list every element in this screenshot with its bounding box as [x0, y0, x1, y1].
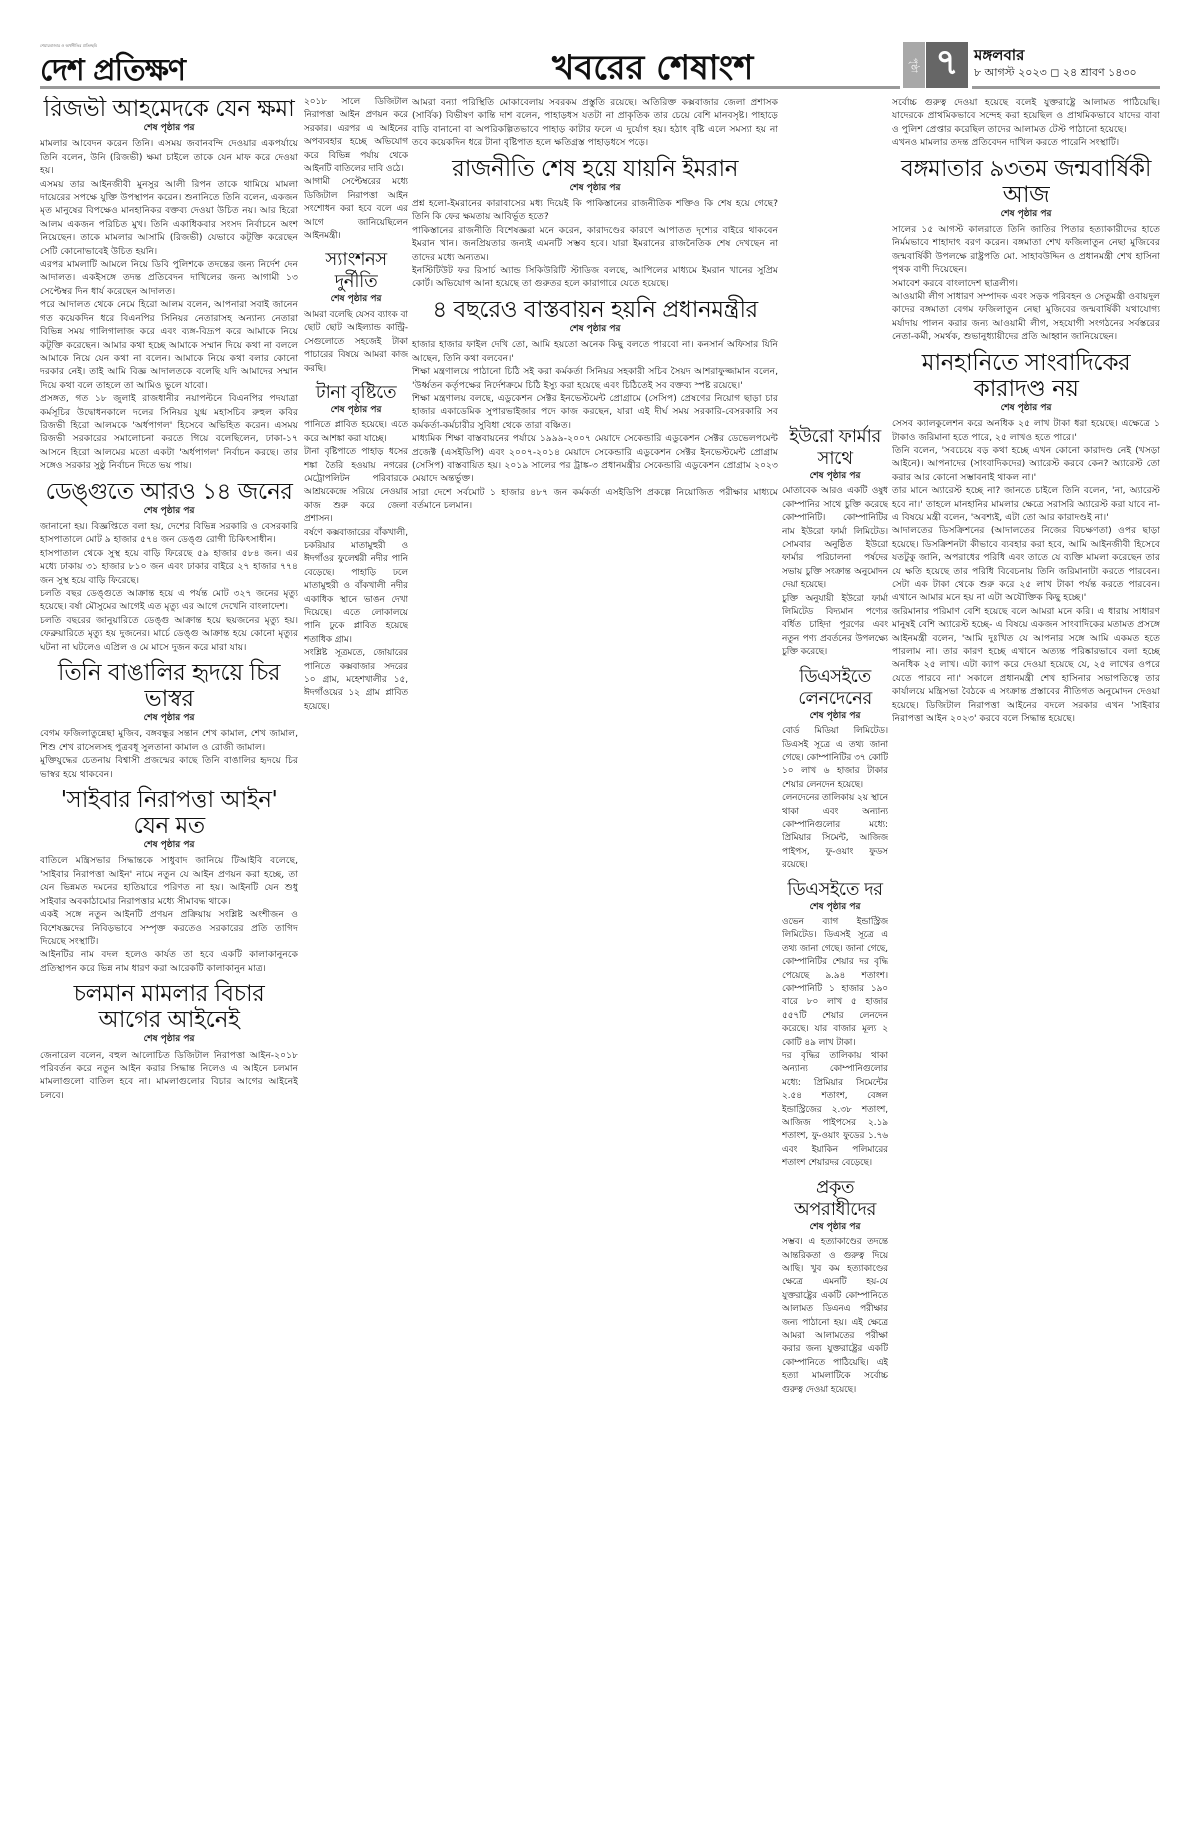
paragraph: আইনটির নাম বদল হলেও কার্যত তা হবে একটি ক…: [40, 948, 298, 975]
paragraph: বর্ষণে কক্সবাজারের বাঁকখালী, চকরিয়ার মা…: [304, 527, 408, 648]
paragraph: টানা বৃষ্টিপাতে পাহাড় ধসের শঙ্কা তৈরি হ…: [304, 446, 408, 526]
paragraph: মুক্তিযুদ্ধের চেতনায় বিশ্বাসী প্রজন্মের…: [40, 754, 298, 781]
paragraph: আওয়ামী লীগ সাধারণ সম্পাদক এবং সড়ক পরিব…: [892, 290, 1160, 344]
paragraph: এরপর মামলাটি আমলে নিয়ে ডিবি পুলিশকে তদন…: [40, 258, 298, 298]
paragraph: বাতিলে মন্ত্রিসভার সিদ্ধান্তকে সাধুবাদ জ…: [40, 854, 298, 908]
paragraph: মোতাবেক আরও একটি ওষুধ কোম্পানির সাথে চুক…: [782, 485, 888, 592]
newspaper-logo[interactable]: দেশ প্রতিক্ষণ: [40, 46, 185, 97]
headline[interactable]: 'সাইবার নিরাপত্তা আইন' যেন মত: [40, 787, 298, 839]
paragraph: আমরা বন্যা পরিস্থিতি মোকাবেলায় সবরকম প্…: [412, 96, 778, 150]
headline[interactable]: প্রকৃত অপরাধীদের: [782, 1177, 888, 1221]
paragraph: আগামী সেপ্টেম্বরের মধ্যে ডিজিটাল নিরাপত্…: [304, 176, 408, 243]
continued-label: শেষ পৃষ্ঠার পর: [782, 710, 888, 723]
headline[interactable]: তিনি বাঙালির হৃদয়ে চির ভাস্বর: [40, 660, 298, 712]
headline[interactable]: রিজভী আহমেদকে যেন ক্ষমা: [40, 96, 298, 122]
section-title: খবরের শেষাংশ: [552, 42, 753, 99]
page-label: পৃষ্ঠা: [903, 42, 925, 88]
continued-label: শেষ পৃষ্ঠার পর: [782, 470, 888, 483]
header-rule-left: [40, 86, 900, 89]
paragraph: জরিমানার পরিমাণ বেশি হয়েছে বলে আমরা মনে…: [892, 605, 1160, 726]
paragraph: এখনও মামলার তদন্ত প্রতিবেদন দাখিল করতে প…: [892, 136, 1160, 149]
header-rule-right: [972, 86, 1160, 89]
paragraph: মামলার আবেদন করেন তিনি। এসময় জবানবন্দি …: [40, 137, 298, 177]
paragraph: ইনস্টিটিউট ফর রিসার্চ অ্যান্ড সিকিউরিটি …: [412, 264, 778, 291]
continued-label: শেষ পৃষ্ঠার পর: [782, 1221, 888, 1234]
continued-label: শেষ পৃষ্ঠার পর: [40, 712, 298, 725]
masthead: শেয়ারবাজার ও অর্থনীতির প্রতিচ্ছবি দেশ প…: [40, 36, 1160, 90]
article-bangalir-hridoy: তিনি বাঙালির হৃদয়ে চির ভাস্বর শেষ পৃষ্ঠ…: [40, 660, 298, 781]
headline[interactable]: মানহানিতে সাংবাদিকের কারাদণ্ড নয়: [892, 350, 1160, 402]
page-number: ৭: [926, 42, 968, 88]
headline[interactable]: ইউরো ফার্মার সাথে: [782, 426, 888, 470]
paragraph: সর্বোচ্চ গুরুত্ব দেওয়া হয়েছে বলেই যুক্…: [892, 96, 1160, 136]
paragraph: ২০১৮ সালে ডিজিটাল নিরাপত্তা আইন প্রণয়ন …: [304, 96, 408, 176]
article-dengue: ডেঙ্গুতে আরও ১৪ জনের শেষ পৃষ্ঠার পর জানা…: [40, 479, 298, 654]
paragraph: শিক্ষা মন্ত্রণালয় বলছে, এডুকেশন সেক্টর …: [412, 392, 778, 432]
paragraph: এসময় তার আইনজীবী মুনসুর আলী রিপন তাকে থ…: [40, 178, 298, 258]
paragraph: পাকিস্তানের রাজনীতি বিশেষজ্ঞরা মনে করেন,…: [412, 224, 778, 264]
paragraph: পরে আদালত থেকে নেমে হিরো আলম বলেন, আপনার…: [40, 298, 298, 392]
article-rain: টানা বৃষ্টিতে শেষ পৃষ্ঠার পর পানিতে প্লা…: [304, 382, 408, 714]
paragraph: শিক্ষা মন্ত্রণালয়ে পাঠানো চিঠি সই করা ক…: [412, 365, 778, 392]
paragraph: লেনদেনের তালিকায় ২য় স্থানে থাকা এবং অন…: [782, 792, 888, 872]
paragraph: ওভেন ব্যাগ ইন্ডাস্ট্রিজ লিমিটেড। ডিএসই স…: [782, 916, 888, 1050]
article-euro-pharma: ইউরো ফার্মার সাথে শেষ পৃষ্ঠার পর মোতাবেক…: [782, 426, 888, 660]
paragraph: চুক্তি অনুযায়ী ইউরো ফার্মা লিমিটেড বিদ্…: [782, 593, 888, 660]
headline[interactable]: ডেঙ্গুতে আরও ১৪ জনের: [40, 479, 298, 505]
article-pm-4-years: ৪ বছরেও বাস্তবায়ন হয়নি প্রধানমন্ত্রীর …: [412, 297, 778, 513]
paragraph: একই সঙ্গে নতুন আইনটি প্রণয়ন প্রক্রিয়ায…: [40, 908, 298, 948]
paragraph: হাজার হাজার ফাইল দেখি তো, আমি হয়তো অনেক…: [412, 338, 778, 365]
article-dse-price: ডিএসইতে দর শেষ পৃষ্ঠার পর ওভেন ব্যাগ ইন্…: [782, 879, 888, 1171]
paragraph: সংশ্লিষ্ট সূত্রমতে, জোয়ারের পানিতে কক্স…: [304, 647, 408, 714]
headline[interactable]: ডিএসইতে লেনদেনের: [782, 666, 888, 710]
paragraph: প্রসঙ্গত, গত ১৮ জুলাই রাজধানীর নয়াপল্টন…: [40, 392, 298, 472]
article-defamation: মানহানিতে সাংবাদিকের কারাদণ্ড নয় শেষ পৃ…: [892, 350, 1160, 726]
continued-label: শেষ পৃষ্ঠার পর: [40, 122, 298, 135]
continued-label: শেষ পৃষ্ঠার পর: [412, 182, 778, 195]
continued-label: শেষ পৃষ্ঠার পর: [40, 505, 298, 518]
paragraph: তার মানে অ্যারেস্ট হচ্ছে না? জানতে চাইলে…: [892, 484, 1160, 524]
paragraph: দর বৃদ্ধির তালিকায় থাকা অন্যান্য কোম্পা…: [782, 1050, 888, 1171]
paragraph: মাধ্যমিক শিক্ষা বাস্তবায়নের পর্যায়ে ১৯…: [412, 432, 778, 486]
article-rizvi: রিজভী আহমেদকে যেন ক্ষমা শেষ পৃষ্ঠার পর ম…: [40, 96, 298, 473]
article-sanctions: ২০১৮ সালে ডিজিটাল নিরাপত্তা আইন প্রণয়ন …: [304, 96, 408, 376]
continued-label: শেষ পৃষ্ঠার পর: [892, 208, 1160, 221]
headline[interactable]: টানা বৃষ্টিতে: [304, 382, 408, 404]
continued-label: শেষ পৃষ্ঠার পর: [782, 901, 888, 914]
article-cyber-security-act: 'সাইবার নিরাপত্তা আইন' যেন মত শেষ পৃষ্ঠা…: [40, 787, 298, 975]
paragraph: চলতি বছরের জানুয়ারিতে ডেঙ্গু আক্রান্ত হ…: [40, 614, 298, 654]
publication-date: ৮ আগস্ট ২০২৩ ◻ ২৪ শ্রাবণ ১৪৩০: [974, 64, 1137, 83]
paragraph: সালের ১৫ আগস্ট কালরাতে তিনি জাতির পিতার …: [892, 223, 1160, 277]
paragraph: পানিতে প্লাবিত হয়েছে। এতে করে আশঙ্কা কর…: [304, 419, 408, 446]
continued-label: শেষ পৃষ্ঠার পর: [892, 402, 1160, 415]
paragraph: সম্ভব। এ হত্যাকাণ্ডের তদন্তে আন্তরিকতা ও…: [782, 1236, 888, 1397]
article-real-criminals: প্রকৃত অপরাধীদের শেষ পৃষ্ঠার পর সম্ভব। এ…: [782, 1177, 888, 1397]
headline[interactable]: রাজনীতি শেষ হয়ে যায়নি ইমরান: [412, 156, 778, 182]
column-3: আমরা বন্যা পরিস্থিতি মোকাবেলায় সবরকম প্…: [412, 96, 778, 1836]
paragraph: বোর্ড মিডিয়া লিমিটেড। ডিএসই সূত্রে এ তথ…: [782, 725, 888, 792]
paragraph: আদালতের ডিসক্রিশনের (আদালতের নিজের বিচক্…: [892, 524, 1160, 604]
paragraph: সেসব ক্যালকুলেশন করে অনধিক ২৫ লাখ টাকা ধ…: [892, 417, 1160, 444]
continued-label: শেষ পৃষ্ঠার পর: [304, 404, 408, 417]
paragraph: তিনি বলেন, 'সবচেয়ে বড় কথা হচ্ছে এখন কো…: [892, 444, 1160, 484]
paragraph: জানানো হয়। বিজ্ঞপ্তিতে বলা হয়, দেশের ব…: [40, 520, 298, 547]
paragraph: হাসপাতাল থেকে সুস্থ হয়ে বাড়ি ফিরেছে ৫৯…: [40, 547, 298, 587]
headline[interactable]: ডিএসইতে দর: [782, 879, 888, 901]
headline[interactable]: চলমান মামলার বিচার আগের আইনেই: [40, 981, 298, 1033]
article-bangamata: সর্বোচ্চ গুরুত্ব দেওয়া হয়েছে বলেই যুক্…: [892, 96, 1160, 344]
column-1: রিজভী আহমেদকে যেন ক্ষমা শেষ পৃষ্ঠার পর ম…: [40, 96, 298, 1836]
paragraph: প্রশ্ন হলো-ইমরানের কারাবাসের মধ্য দিয়েই…: [412, 197, 778, 224]
continued-label: শেষ পৃষ্ঠার পর: [304, 293, 408, 306]
paragraph: চলতি বছর ডেঙ্গুতে আক্রান্ত হয়ে এ পর্যন্…: [40, 587, 298, 614]
paragraph: সমাবেশ করবে বাংলাদেশ ছাত্রলীগ।: [892, 277, 1160, 290]
continued-label: শেষ পৃষ্ঠার পর: [40, 1033, 298, 1046]
column-2: ২০১৮ সালে ডিজিটাল নিরাপত্তা আইন প্রণয়ন …: [304, 96, 408, 1836]
paragraph: বেগম ফজিলাতুন্নেছা মুজিব, বঙ্গবন্ধুর সন্…: [40, 727, 298, 754]
headline[interactable]: ৪ বছরেও বাস্তবায়ন হয়নি প্রধানমন্ত্রীর: [412, 297, 778, 323]
article-dse-transactions: ডিএসইতে লেনদেনের শেষ পৃষ্ঠার পর বোর্ড মি…: [782, 666, 888, 873]
continued-label: শেষ পৃষ্ঠার পর: [40, 839, 298, 852]
column-4: ইউরো ফার্মার সাথে শেষ পৃষ্ঠার পর মোতাবেক…: [782, 96, 888, 1836]
article-ongoing-cases: চলমান মামলার বিচার আগের আইনেই শেষ পৃষ্ঠা…: [40, 981, 298, 1102]
paragraph: আমরা বলেছি যেসব ব্যাংক বা ছোট ছোট আইল্যা…: [304, 309, 408, 376]
article-imran: আমরা বন্যা পরিস্থিতি মোকাবেলায় সবরকম প্…: [412, 96, 778, 291]
continued-label: শেষ পৃষ্ঠার পর: [412, 323, 778, 336]
paragraph: সারা দেশে সর্বমোট ১ হাজার ৪৮৭ জন কর্মকর্…: [412, 486, 778, 513]
column-5: সর্বোচ্চ গুরুত্ব দেওয়া হয়েছে বলেই যুক্…: [892, 96, 1160, 1836]
headline[interactable]: বঙ্গমাতার ৯৩তম জন্মবার্ষিকী আজ: [892, 156, 1160, 208]
paragraph: জেনারেল বলেন, বহুল আলোচিত ডিজিটাল নিরাপত…: [40, 1049, 298, 1103]
headline[interactable]: স্যাংশনস দুর্নীতি: [304, 249, 408, 293]
